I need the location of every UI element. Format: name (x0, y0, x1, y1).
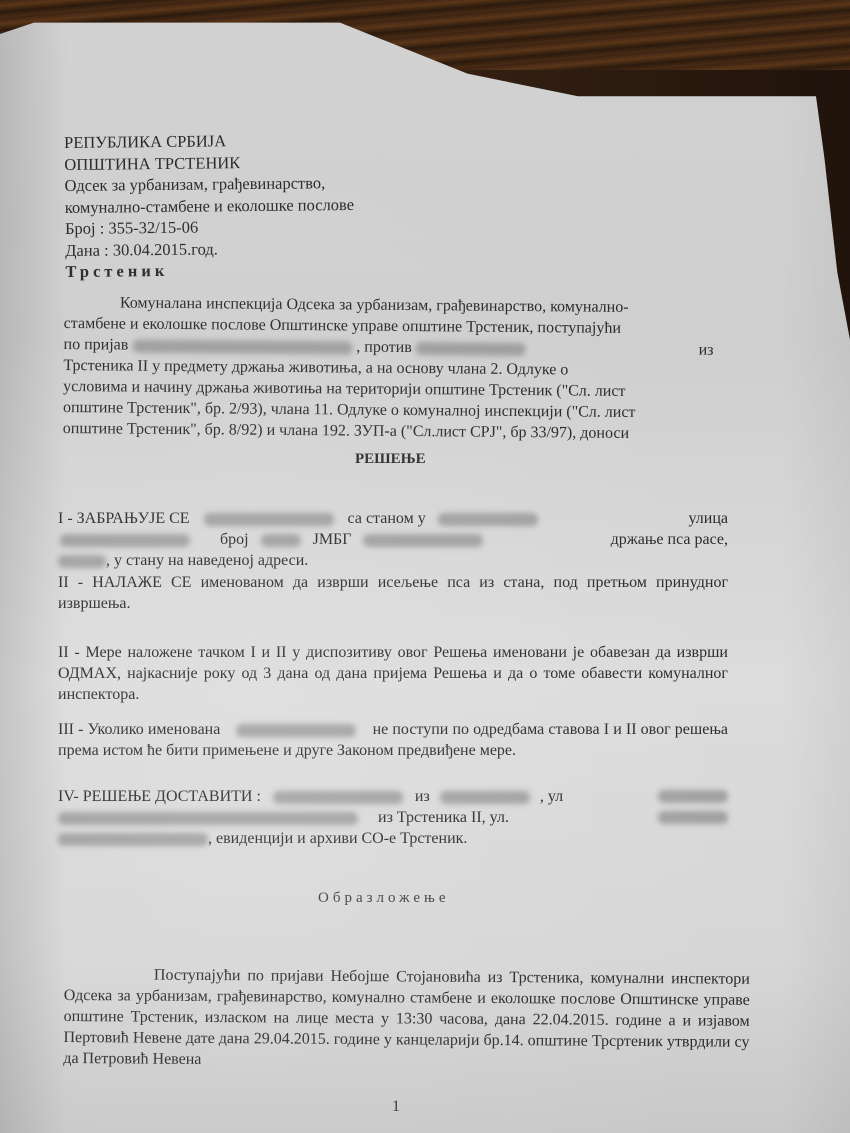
item-text: улица (688, 508, 728, 529)
item-1: I - ЗАБРАЊУЈЕ СЕ са станом у улица број … (58, 508, 728, 571)
item-text: , у стану на наведеној адреси. (106, 552, 308, 569)
redacted-street (658, 811, 728, 824)
redacted-name (132, 339, 352, 354)
item-text: , евиденцији и архиви СО-е Трстеник. (208, 830, 467, 847)
redacted-street (658, 790, 728, 803)
item-text: ЈМБГ (313, 531, 352, 548)
reasoning-paragraph: Поступајући по пријави Небојше Стојанови… (63, 964, 750, 1074)
item-text: IV- РЕШЕЊЕ ДОСТАВИТИ : (58, 788, 261, 805)
item-5: IV- РЕШЕЊЕ ДОСТАВИТИ : из , ул из Трстен… (58, 786, 728, 849)
intro-text: по пријав (63, 336, 128, 354)
redacted-address (440, 791, 530, 804)
redacted-name (204, 513, 334, 526)
decision-title: РЕШЕЊЕ (355, 451, 426, 468)
reasoning-title: Образложење (318, 890, 450, 907)
item-line: IV- РЕШЕЊЕ ДОСТАВИТИ : из , ул (58, 786, 728, 807)
item-3: II - Мере наложене тачком I и II у диспо… (58, 642, 728, 705)
redacted-address (438, 513, 538, 526)
header-department-1: Одсек за урбанизам, грађевинарство, (64, 172, 353, 197)
redacted-name (236, 724, 356, 737)
redacted-name (416, 342, 526, 356)
intro-text: , против (356, 339, 412, 356)
intro-text: из (699, 340, 714, 361)
intro-line: општине Трстеник", бр. 8/92) и члана 192… (63, 418, 713, 445)
item-text: држање пса расе, (611, 529, 728, 550)
redacted-breed (58, 555, 106, 568)
redacted-address (58, 833, 208, 846)
redacted-street (60, 534, 190, 547)
item-text: број (220, 531, 249, 548)
page-number: 1 (392, 1098, 400, 1116)
item-text: из (415, 788, 430, 805)
item-line: број ЈМБГ држање пса расе, (58, 529, 728, 550)
item-line: , евиденцији и архиви СО-е Трстеник. (58, 828, 728, 849)
document-header: РЕПУБЛИКА СРБИЈА ОПШТИНА ТРСТЕНИК Одсек … (64, 129, 355, 283)
item-2: II - НАЛАЖЕ СЕ именованом да изврши исељ… (58, 572, 728, 614)
item-text: I - ЗАБРАЊУЈЕ СЕ (58, 510, 190, 527)
redacted-number (261, 534, 301, 547)
item-line: из Трстеника II, ул. (58, 807, 728, 828)
item-line: , у стану на наведеној адреси. (58, 550, 728, 571)
header-municipality: ОПШТИНА ТРСТЕНИК (64, 150, 353, 175)
item-text: са станом у (348, 510, 426, 527)
redacted-recipient (58, 812, 358, 825)
header-number: Број : 355-32/15-06 (65, 215, 354, 240)
header-department-2: комунално-стамбене и еколошке послове (65, 193, 354, 218)
item-4: III - Уколико именована не поступи по од… (58, 719, 728, 761)
header-date: Дана : 30.04.2015.год. (65, 236, 354, 261)
item-line: I - ЗАБРАЊУЈЕ СЕ са станом у улица (58, 508, 728, 529)
header-city: Трстеник (65, 258, 354, 283)
redacted-jmbg (363, 534, 483, 547)
item-text: из Трстеника II, ул. (378, 809, 509, 826)
header-republic: РЕПУБЛИКА СРБИЈА (64, 129, 353, 154)
redacted-name (273, 791, 403, 804)
document-page: РЕПУБЛИКА СРБИЈА ОПШТИНА ТРСТЕНИК Одсек … (0, 0, 850, 1133)
item-text: , ул (540, 788, 563, 805)
item-text: III - Уколико именована (58, 721, 220, 738)
intro-paragraph: Комуналана инспекција Одсека за урбаниза… (63, 292, 714, 445)
